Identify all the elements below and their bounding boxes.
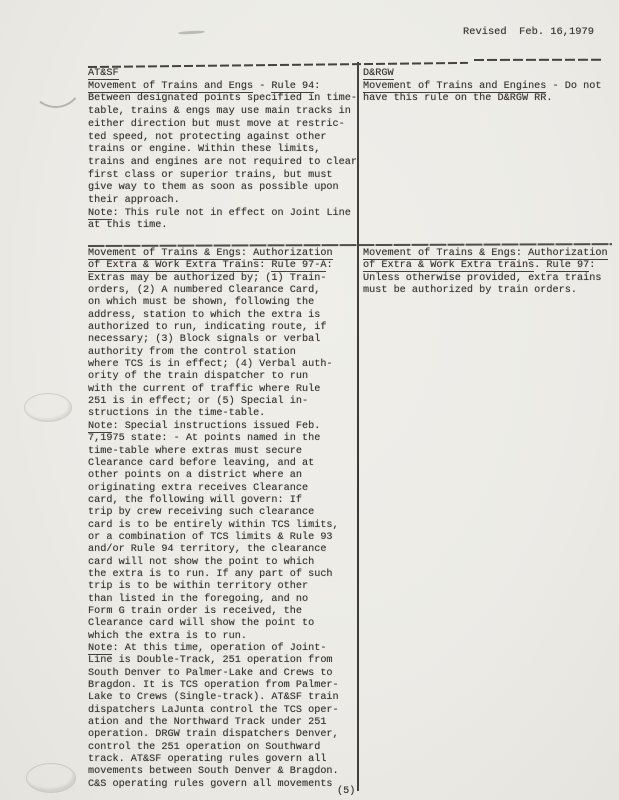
text-line: or a combination of TCS limits & Rule 93 [88, 532, 358, 544]
text-line: operation. DRGW train dispatchers Denver… [88, 729, 358, 741]
text-line: card will not show the point to which [88, 557, 358, 569]
text-line: trip by crew receiving such clearance [88, 507, 358, 519]
text-line: Movement of Trains and Engs - Rule 94: [88, 81, 358, 94]
text-line: ation and the Northward Track under 251 [88, 717, 358, 729]
text-line: Bragdon. It is TCS operation from Palmer… [88, 680, 358, 692]
text-line: Note: At this time, operation of Joint- [88, 643, 358, 655]
text-line: card, the following will govern: If [88, 495, 358, 507]
text-line: Form G train order is received, the [88, 606, 358, 618]
text-line: trains or engine. Within these limits, [88, 144, 358, 157]
text-line: movements between South Denver & Bragdon… [88, 766, 358, 778]
text-line: at this time. [88, 220, 358, 233]
text-line: have this rule on the D&RGW RR. [363, 93, 614, 106]
text-line: Unless otherwise provided, extra trains [363, 273, 614, 285]
text-line: Movement of Trains and Engines - Do not [363, 81, 614, 94]
text-line: Clearance card before leaving, and at [88, 458, 358, 470]
text-line: orders, (2) A numbered Clearance Card, [88, 285, 358, 297]
text-line: Clearance card will show the point to [88, 618, 358, 630]
punch-hole-mark [28, 55, 85, 110]
text-line: the extra is to run. If any part of such [88, 569, 358, 581]
text-line: give way to them as soon as possible upo… [88, 182, 358, 195]
text-line: authorized to run, indicating route, if [88, 322, 358, 334]
text-line: originating extra receives Clearance [88, 483, 358, 495]
text-line: necessary; (3) Block signals or verbal [88, 334, 358, 346]
text-line: which the extra is to run. [88, 631, 358, 643]
text-line: authority from the control station [88, 347, 358, 359]
text-line: D&RGW [363, 68, 614, 81]
text-line: Movement of Trains & Engs: Authorization [363, 248, 614, 260]
drgw-rule-97-cell: Movement of Trains & Engs: Authorization… [359, 246, 614, 789]
text-line: of Extra & Work Extra trains. Rule 97: [363, 260, 614, 272]
text-line: where TCS is in effect; (4) Verbal auth- [88, 359, 358, 371]
punch-hole-mark [24, 393, 72, 422]
text-line: of Extra & Work Extra Trains: Rule 97-A: [88, 260, 358, 272]
revised-date: Revised Feb. 16,1979 [463, 26, 594, 38]
text-line: table, trains & engs may use main tracks… [88, 106, 358, 119]
text-line: structions in the time-table. [88, 408, 358, 420]
text-line: Movement of Trains & Engs: Authorization [88, 248, 358, 260]
text-line: and/or Rule 94 territory, the clearance [88, 544, 358, 556]
text-line: Note: This rule not in effect on Joint L… [88, 208, 358, 221]
text-line: first class or superior trains, but must [88, 170, 358, 183]
text-line: 7,1975 state: - At points named in the [88, 433, 358, 445]
text-line: Lake to Crews (Single-track). AT&SF trai… [88, 692, 358, 704]
table-row-rule-94: AT&SFMovement of Trains and Engs - Rule … [88, 66, 614, 246]
text-line: Extras may be authorized by; (1) Train- [88, 273, 358, 285]
text-line: either direction but must move at restri… [88, 119, 358, 132]
text-line: trip is to be within territory other [88, 581, 358, 593]
pencil-smudge-mark [178, 30, 205, 34]
text-line: ted speed, not protecting against other [88, 132, 358, 145]
text-line: dispatchers LaJunta control the TCS oper… [88, 705, 358, 717]
punch-hole-mark [26, 763, 76, 793]
text-line: address, station to which the extra is [88, 310, 358, 322]
text-line: control the 251 operation on Southward [88, 742, 358, 754]
text-line: time-table where extras must secure [88, 446, 358, 458]
text-line: Between designated points specified in t… [88, 93, 358, 106]
text-line: South Denver to Palmer-Lake and Crews to [88, 668, 358, 680]
text-line: must be authorized by train orders. [363, 285, 614, 297]
text-line: on which must be shown, following the [88, 297, 358, 309]
text-line: than listed in the foregoing, and no [88, 594, 358, 606]
text-line: Line is Double-Track, 251 operation from [88, 655, 358, 667]
text-line: 251 is in effect; or (5) Special in- [88, 396, 358, 408]
text-line: card is to be entirely within TCS limits… [88, 520, 358, 532]
text-line: their approach. [88, 195, 358, 208]
atsf-rule-94-cell: AT&SFMovement of Trains and Engs - Rule … [88, 66, 359, 246]
text-line: trains and engines are not required to c… [88, 157, 358, 170]
text-line: with the current of traffic where Rule [88, 384, 358, 396]
text-line: other points on a district where an [88, 470, 358, 482]
page-number: (5) [337, 786, 355, 797]
text-line: C&S operating rules govern all movements [88, 779, 358, 789]
rules-comparison-table: AT&SFMovement of Trains and Engs - Rule … [88, 66, 614, 789]
atsf-rule-97a-cell: Movement of Trains & Engs: Authorization… [88, 246, 359, 789]
drgw-rule-94-cell: D&RGWMovement of Trains and Engines - Do… [359, 66, 614, 246]
table-row-rule-97: Movement of Trains & Engs: Authorization… [88, 246, 614, 789]
scanned-document-page: Revised Feb. 16,1979 AT&SFMovement of Tr… [0, 0, 619, 800]
table-top-dashed-line-segment [474, 59, 604, 61]
text-line: AT&SF [88, 68, 358, 81]
text-line: ority of the train dispatcher to run [88, 371, 358, 383]
text-line: Note: Special instructions issued Feb. [88, 421, 358, 433]
text-line: track. AT&SF operating rules govern all [88, 754, 358, 766]
